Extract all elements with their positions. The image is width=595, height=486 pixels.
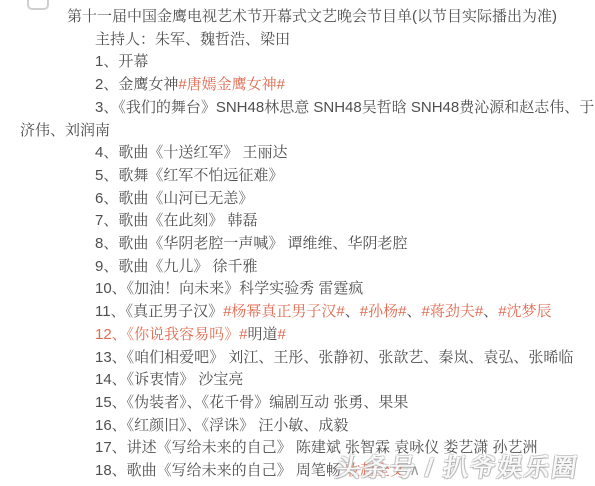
item-text: 15、《伪装者》、《花千骨》编剧互动 张勇、果果 xyxy=(95,394,408,411)
title-text: 第十一届中国金鹰电视艺术节开幕式文艺晚会节目单(以节目实际播出为准) xyxy=(67,8,557,25)
program-item-7: 7、歌曲《在此刻》 韩磊 xyxy=(0,210,595,233)
program-item-16: 16、《红颜旧》、《浮诛》 汪小敏、成毅 xyxy=(0,415,595,438)
item-text: 13、《咱们相爱吧》 刘江、王彤、张静初、张歆艺、秦岚、袁弘、张晞临 xyxy=(95,349,573,366)
item-text: 7、歌曲《在此刻》 韩磊 xyxy=(95,212,258,229)
program-item-4: 4、歌曲《十送红军》 王丽达 xyxy=(0,142,595,165)
hashtag-link[interactable]: #蒋劲夫# xyxy=(421,303,483,320)
item-text: 6、歌曲《山河已无恙》 xyxy=(95,190,253,207)
program-item-5: 5、歌舞《红军不怕远征难》 xyxy=(0,165,595,188)
program-item-13: 13、《咱们相爱吧》 刘江、王彤、张静初、张歆艺、秦岚、袁弘、张晞临 xyxy=(0,347,595,370)
item-text: 16、《红颜旧》、《浮诛》 汪小敏、成毅 xyxy=(95,417,348,434)
item-text: 明道 xyxy=(248,326,278,343)
program-item-15: 15、《伪装者》、《花千骨》编剧互动 张勇、果果 xyxy=(0,392,595,415)
hashtag-link[interactable]: # xyxy=(278,326,286,343)
host-line: 主持人：朱军、魏哲浩、梁田 xyxy=(0,29,595,52)
hashtag-link[interactable]: 12、《你说我容易吗》# xyxy=(95,326,248,343)
program-item-8: 8、歌曲《华阴老腔一声喊》 谭维维、华阴老腔 xyxy=(0,233,595,256)
program-item-10: 10、《加油！向未来》科学实验秀 雷霆疯 xyxy=(0,278,595,301)
program-item-3: 3、《我们的舞台》SNH48林思意 SNH48吴哲晗 SNH48费沁源和赵志伟、… xyxy=(0,97,595,120)
program-item-12: 12、《你说我容易吗》#明道# xyxy=(0,324,595,347)
hashtag-link[interactable]: #沈梦辰 xyxy=(498,303,551,320)
program-item-11: 11、《真正男子汉》#杨幂真正男子汉#、#孙杨#、#蒋劲夫#、#沈梦辰 xyxy=(0,301,595,324)
program-item-2: 2、金鹰女神#唐嫣金鹰女神# xyxy=(0,74,595,97)
item-text: 1、开幕 xyxy=(95,53,148,70)
item-text: 5、歌舞《红军不怕远征难》 xyxy=(95,167,283,184)
host-text: 主持人：朱军、魏哲浩、梁田 xyxy=(95,31,290,48)
item-text: 2、金鹰女神 xyxy=(95,76,178,93)
separator-text: 、 xyxy=(345,303,360,320)
hashtag-link[interactable]: #唐嫣金鹰女神# xyxy=(178,76,285,93)
item-text: 8、歌曲《华阴老腔一声喊》 谭维维、华阴老腔 xyxy=(95,235,408,252)
item-text: 4、歌曲《十送红军》 王丽达 xyxy=(95,144,288,161)
item-text: 11、《真正男子汉》 xyxy=(95,303,223,320)
program-list-document: 第十一届中国金鹰电视艺术节开幕式文艺晚会节目单(以节目实际播出为准) 主持人：朱… xyxy=(0,6,595,483)
document-title: 第十一届中国金鹰电视艺术节开幕式文艺晚会节目单(以节目实际播出为准) xyxy=(0,6,595,29)
toutiao-watermark: 头条号 / 扒爷娱乐圈 xyxy=(333,448,581,484)
program-item-14: 14、《诉衷情》 沙宝亮 xyxy=(0,369,595,392)
hashtag-link[interactable]: #孙杨# xyxy=(360,303,407,320)
separator-text: 、 xyxy=(406,303,421,320)
separator-text: 、 xyxy=(483,303,498,320)
item-text: 9、歌曲《九儿》 徐千雅 xyxy=(95,258,258,275)
item-text: 3、《我们的舞台》SNH48林思意 SNH48吴哲晗 SNH48费沁源和赵志伟、… xyxy=(95,99,594,116)
item-text: 14、《诉衷情》 沙宝亮 xyxy=(95,371,243,388)
hashtag-link[interactable]: #杨幂真正男子汉# xyxy=(223,303,345,320)
program-item-3-continuation: 济伟、刘润南 xyxy=(0,120,595,143)
item-text: 10、《加油！向未来》科学实验秀 雷霆疯 xyxy=(95,280,363,297)
item-text: 济伟、刘润南 xyxy=(20,122,110,139)
program-item-1: 1、开幕 xyxy=(0,51,595,74)
program-item-6: 6、歌曲《山河已无恙》 xyxy=(0,188,595,211)
item-text: 18、歌曲《写给未来的自己》 周笔畅 xyxy=(95,462,345,479)
program-item-9: 9、歌曲《九儿》 徐千雅 xyxy=(0,256,595,279)
